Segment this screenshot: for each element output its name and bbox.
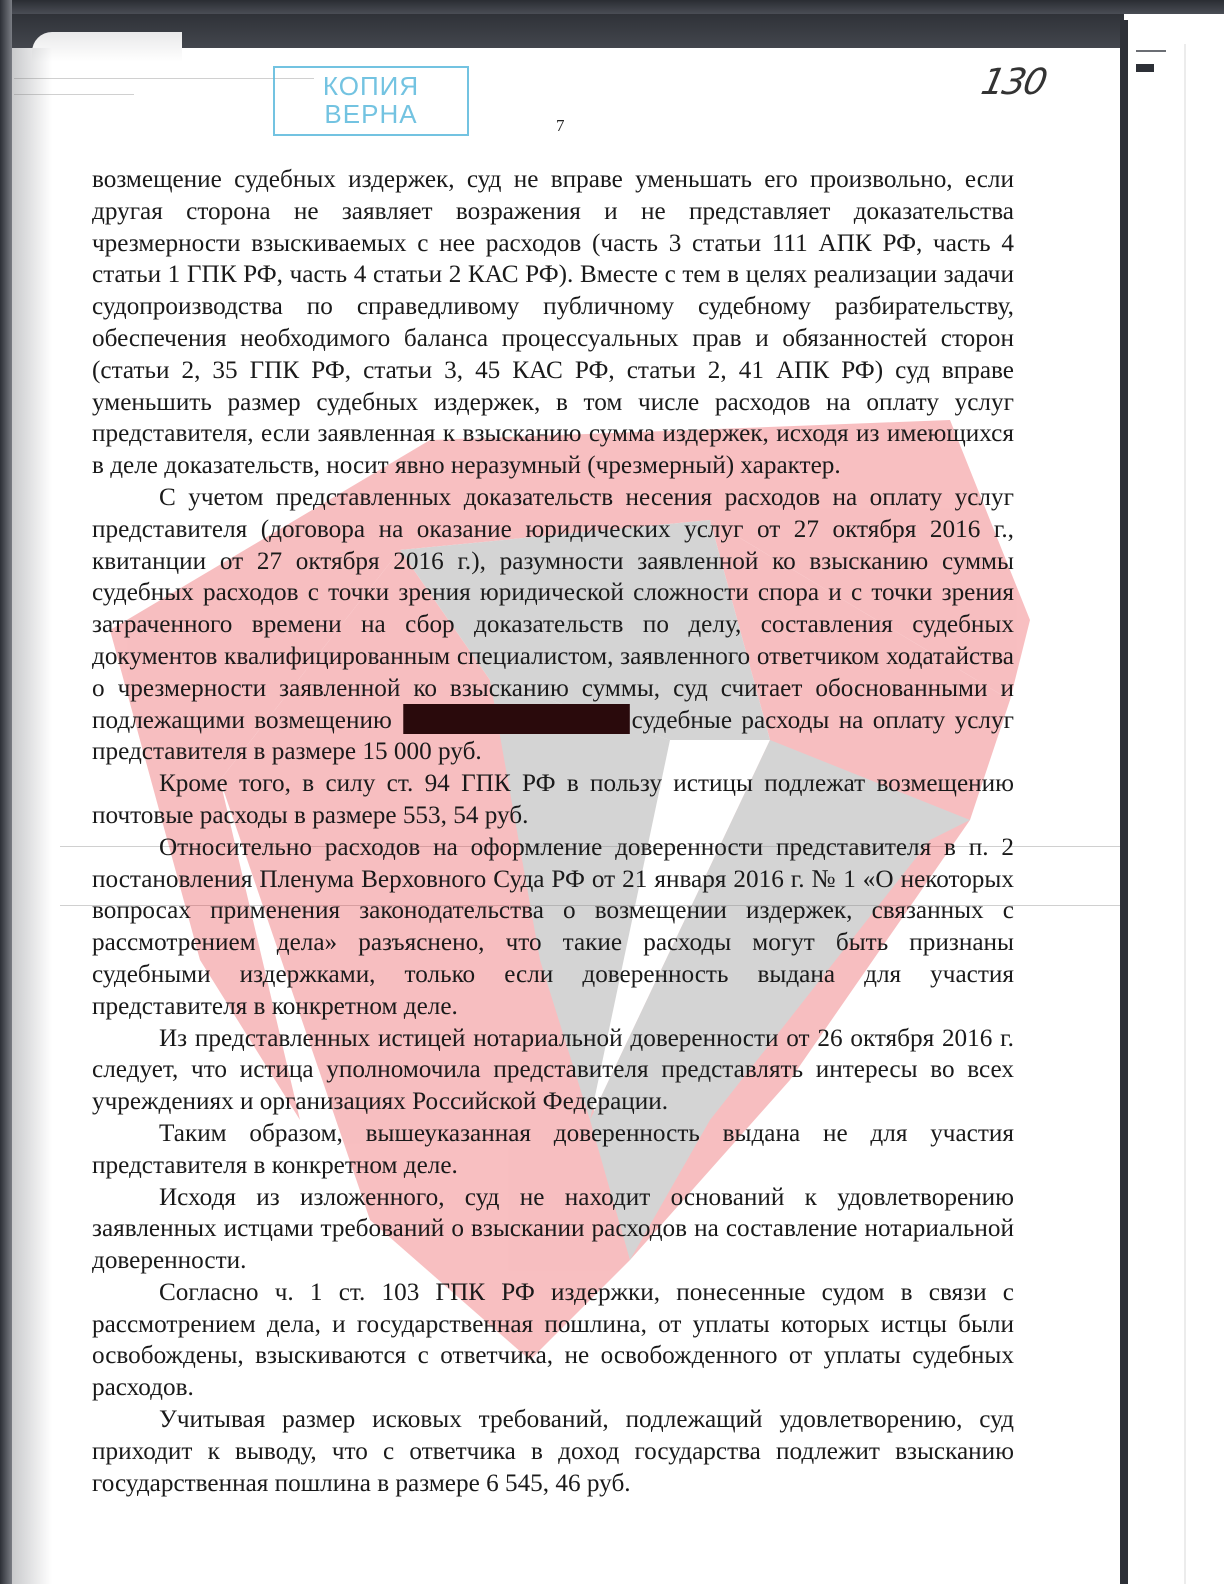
scan-header-shadow <box>12 14 1124 48</box>
stamp-line-1: КОПИЯ <box>275 72 467 100</box>
scan-edge-right <box>1120 20 1128 1584</box>
scan-streak <box>14 78 314 79</box>
scan-edge-top <box>0 0 1224 14</box>
page-curl-shadow <box>12 48 52 1584</box>
handwritten-sheet-number: 130 <box>978 62 1049 103</box>
document-body: возмещение судебных издержек, суд не впр… <box>92 163 1014 1498</box>
scan-edge-left <box>0 0 12 1584</box>
page-number: 7 <box>556 116 565 136</box>
certified-copy-stamp: КОПИЯ ВЕРНА <box>273 66 469 136</box>
paragraph: Согласно ч. 1 ст. 103 ГПК РФ издержки, п… <box>92 1276 1014 1403</box>
scan-right-margin <box>1128 14 1224 1584</box>
paragraph: Таким образом, вышеуказанная доверенност… <box>92 1117 1014 1181</box>
paragraph: Относительно расходов на оформление дове… <box>92 831 1014 1022</box>
paragraph: возмещение судебных издержек, суд не впр… <box>92 163 1014 481</box>
paragraph-text: С учетом представленных доказательств не… <box>92 482 1014 734</box>
paragraph: Из представленных истицей нотариальной д… <box>92 1022 1014 1117</box>
paragraph: Исходя из изложенного, суд не находит ос… <box>92 1181 1014 1276</box>
stamp-line-2: ВЕРНА <box>275 100 467 128</box>
paragraph: С учетом представленных доказательств не… <box>92 481 1014 767</box>
redaction-block <box>403 704 630 734</box>
margin-fold-line <box>1184 44 1186 1584</box>
margin-tick <box>1136 50 1166 52</box>
paragraph: Кроме того, в силу ст. 94 ГПК РФ в польз… <box>92 767 1014 831</box>
scan-streak <box>14 94 134 95</box>
margin-mark <box>1136 64 1154 72</box>
paragraph: Учитывая размер исковых требований, подл… <box>92 1403 1014 1498</box>
